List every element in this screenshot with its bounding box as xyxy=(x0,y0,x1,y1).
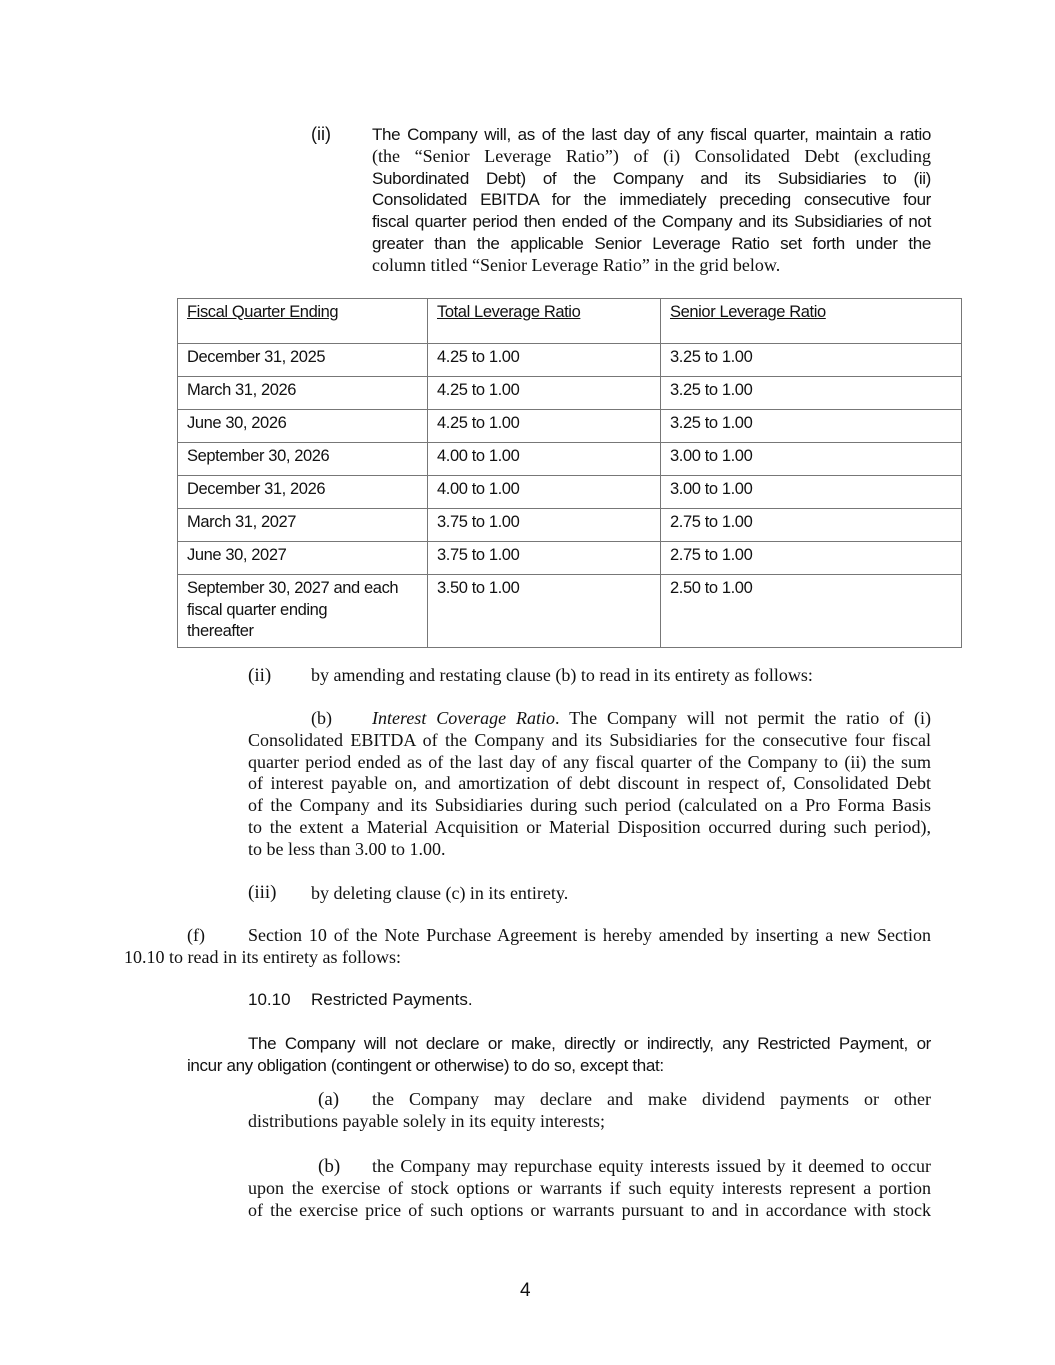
paragraph-line: upon the exercise of stock options or wa… xyxy=(248,1178,931,1200)
senior-leverage-cell: 3.00 to 1.00 xyxy=(661,476,962,509)
paragraph-line: (b)Interest Coverage Ratio. The Company … xyxy=(248,708,931,730)
total-leverage-cell: 4.00 to 1.00 xyxy=(428,443,661,476)
item-b-label: (b) xyxy=(248,1156,372,1178)
paragraph-line: column titled “Senior Leverage Ratio” in… xyxy=(372,255,931,277)
section-number: 10.10 xyxy=(248,990,291,1010)
paragraph-line: (a)the Company may declare and make divi… xyxy=(248,1089,931,1111)
item-a-paragraph: (a)the Company may declare and make divi… xyxy=(248,1089,931,1133)
paragraph-line: Consolidated EBITDA of the Company and i… xyxy=(248,730,931,752)
total-leverage-cell: 4.25 to 1.00 xyxy=(428,410,661,443)
senior-leverage-cell: 3.25 to 1.00 xyxy=(661,410,962,443)
senior-leverage-cell: 3.00 to 1.00 xyxy=(661,443,962,476)
fiscal-quarter-cell: June 30, 2027 xyxy=(178,542,428,575)
senior-leverage-cell: 3.25 to 1.00 xyxy=(661,377,962,410)
clause-f-label: (f) xyxy=(124,925,248,947)
fiscal-quarter-cell: September 30, 2026 xyxy=(178,443,428,476)
total-leverage-cell: 4.25 to 1.00 xyxy=(428,377,661,410)
senior-leverage-cell: 2.75 to 1.00 xyxy=(661,542,962,575)
paragraph-text: the Company may repurchase equity intere… xyxy=(372,1156,931,1176)
paragraph-line: to the extent a Material Acquisition or … xyxy=(248,817,931,839)
fiscal-quarter-cell: December 31, 2026 xyxy=(178,476,428,509)
cell-line: September 30, 2027 and each xyxy=(187,578,418,600)
paragraph-line: of the exercise price of such options or… xyxy=(248,1200,931,1222)
section-title: Restricted Payments. xyxy=(311,990,473,1010)
paragraph-text: Section 10 of the Note Purchase Agreemen… xyxy=(248,925,931,945)
table-row: March 31, 2026 4.25 to 1.00 3.25 to 1.00 xyxy=(178,377,962,410)
clause-b-label: (b) xyxy=(248,708,372,730)
paragraph-line: (f)Section 10 of the Note Purchase Agree… xyxy=(124,925,931,947)
table-row: December 31, 2025 4.25 to 1.00 3.25 to 1… xyxy=(178,344,962,377)
total-leverage-cell: 3.75 to 1.00 xyxy=(428,542,661,575)
total-leverage-cell: 3.75 to 1.00 xyxy=(428,509,661,542)
restricted-payments-intro: The Company will not declare or make, di… xyxy=(187,1033,931,1077)
total-leverage-cell: 3.50 to 1.00 xyxy=(428,575,661,648)
table-row: September 30, 2026 4.00 to 1.00 3.00 to … xyxy=(178,443,962,476)
page-number: 4 xyxy=(520,1280,531,1302)
paragraph-line: (b)the Company may repurchase equity int… xyxy=(248,1156,931,1178)
paragraph-line: The Company will not declare or make, di… xyxy=(187,1033,931,1055)
total-leverage-cell: 4.25 to 1.00 xyxy=(428,344,661,377)
paragraph-line: (the “Senior Leverage Ratio”) of (i) Con… xyxy=(372,146,931,168)
header-senior-leverage-ratio: Senior Leverage Ratio xyxy=(661,299,962,344)
paragraph-line: to be less than 3.00 to 1.00. xyxy=(248,839,931,861)
fiscal-quarter-cell: March 31, 2027 xyxy=(178,509,428,542)
paragraph-text: . The Company will not permit the ratio … xyxy=(555,708,931,728)
total-leverage-cell: 4.00 to 1.00 xyxy=(428,476,661,509)
paragraph-text: the Company may declare and make dividen… xyxy=(372,1089,931,1109)
fiscal-quarter-cell: September 30, 2027 and each fiscal quart… xyxy=(178,575,428,648)
paragraph-line: 10.10 to read in its entirety as follows… xyxy=(124,947,931,969)
item-b-paragraph: (b)the Company may repurchase equity int… xyxy=(248,1156,931,1221)
paragraph-line: quarter period ended as of the last day … xyxy=(248,752,931,774)
paragraph-text: The Company will not declare or make, di… xyxy=(248,1034,931,1053)
clause-iii-text: by deleting clause (c) in its entirety. xyxy=(311,883,568,904)
item-a-label: (a) xyxy=(248,1089,372,1111)
table-row: December 31, 2026 4.00 to 1.00 3.00 to 1… xyxy=(178,476,962,509)
cell-line: fiscal quarter ending xyxy=(187,600,418,622)
fiscal-quarter-cell: March 31, 2026 xyxy=(178,377,428,410)
paragraph-line: The Company will, as of the last day of … xyxy=(372,124,931,146)
clause-f-paragraph: (f)Section 10 of the Note Purchase Agree… xyxy=(124,925,931,969)
paragraph-line: of the Company and its Subsidiaries duri… xyxy=(248,795,931,817)
table-row: June 30, 2027 3.75 to 1.00 2.75 to 1.00 xyxy=(178,542,962,575)
clause-ii-label: (ii) xyxy=(311,124,331,145)
interest-coverage-title: Interest Coverage Ratio xyxy=(372,708,555,728)
table-header-row: Fiscal Quarter Ending Total Leverage Rat… xyxy=(178,299,962,344)
header-total-leverage-ratio: Total Leverage Ratio xyxy=(428,299,661,344)
paragraph-line: Consolidated EBITDA for the immediately … xyxy=(372,189,931,211)
senior-leverage-cell: 3.25 to 1.00 xyxy=(661,344,962,377)
table-row: September 30, 2027 and each fiscal quart… xyxy=(178,575,962,648)
paragraph-line: incur any obligation (contingent or othe… xyxy=(187,1055,931,1077)
table-row: June 30, 2026 4.25 to 1.00 3.25 to 1.00 xyxy=(178,410,962,443)
paragraph-line: Subordinated Debt) of the Company and it… xyxy=(372,168,931,190)
fiscal-quarter-cell: June 30, 2026 xyxy=(178,410,428,443)
cell-line: thereafter xyxy=(187,621,418,643)
header-fiscal-quarter-ending: Fiscal Quarter Ending xyxy=(178,299,428,344)
paragraph-line: distributions payable solely in its equi… xyxy=(248,1111,931,1133)
senior-leverage-cell: 2.50 to 1.00 xyxy=(661,575,962,648)
paragraph-line: greater than the applicable Senior Lever… xyxy=(372,233,931,255)
clause-ii-amend-label: (ii) xyxy=(248,665,271,687)
clause-iii-label: (iii) xyxy=(248,882,277,904)
interest-coverage-paragraph: (b)Interest Coverage Ratio. The Company … xyxy=(248,708,931,861)
leverage-ratio-table: Fiscal Quarter Ending Total Leverage Rat… xyxy=(177,298,962,648)
senior-leverage-cell: 2.75 to 1.00 xyxy=(661,509,962,542)
paragraph-line: fiscal quarter period then ended of the … xyxy=(372,211,931,233)
fiscal-quarter-cell: December 31, 2025 xyxy=(178,344,428,377)
clause-ii-amend-text: by amending and restating clause (b) to … xyxy=(311,665,813,686)
paragraph-line: of interest payable on, and amortization… xyxy=(248,773,931,795)
table-row: March 31, 2027 3.75 to 1.00 2.75 to 1.00 xyxy=(178,509,962,542)
senior-leverage-ratio-paragraph: The Company will, as of the last day of … xyxy=(372,124,931,277)
